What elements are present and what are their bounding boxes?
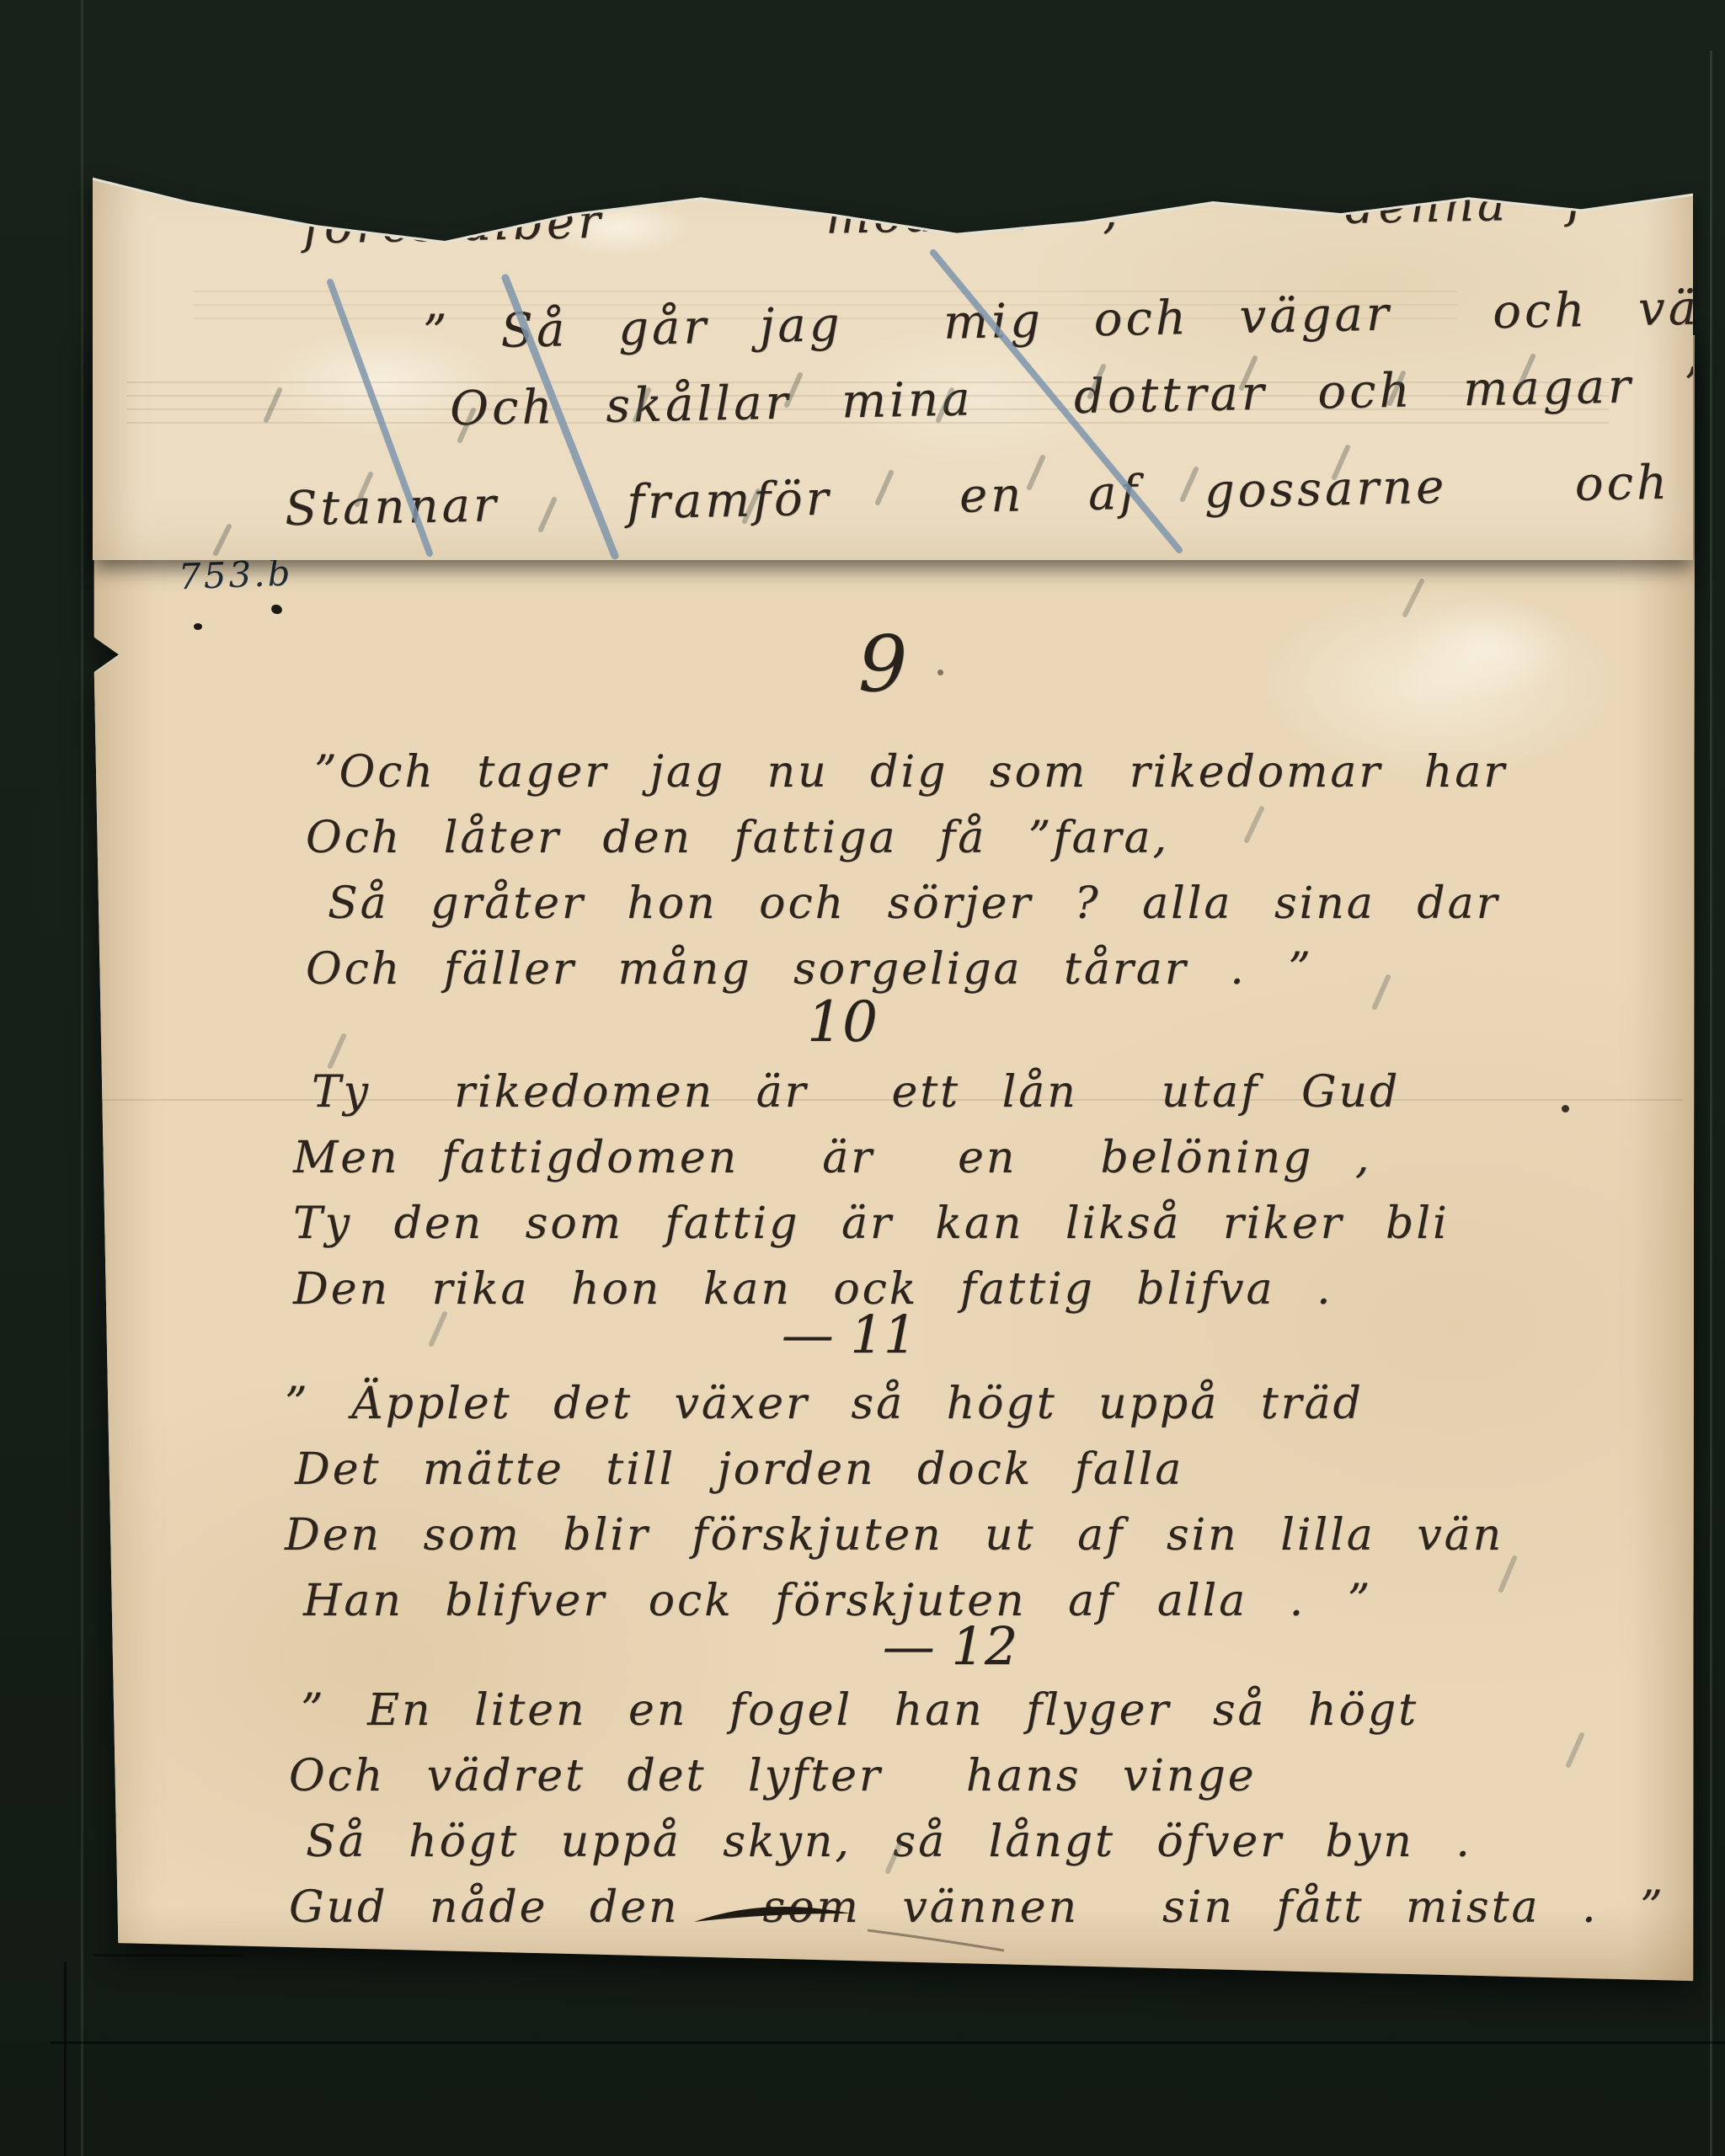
top-fragment: förestälber modren ; denna g ” Så går ja… bbox=[93, 164, 1693, 560]
ink-dot bbox=[270, 603, 284, 616]
manuscript-line: Så högt uppå skyn, så långt öfver byn . bbox=[306, 1809, 1665, 1875]
paper-stain bbox=[1405, 598, 1573, 699]
manuscript-line: Och fäller mång sorgeliga tårar . ” bbox=[306, 937, 1507, 1002]
ink-speck bbox=[937, 670, 943, 675]
archival-scan: 753.b 9 ”Och tager jag nu dig som rikedo… bbox=[0, 0, 1725, 2156]
verse-number-12: — 12 bbox=[883, 1615, 1018, 1677]
top-fragment-paper: förestälber modren ; denna g ” Så går ja… bbox=[93, 164, 1693, 560]
blue-pencil-strokes bbox=[93, 164, 1693, 560]
verse-number-9: 9 bbox=[858, 619, 908, 709]
manuscript-line: Gud nåde den som vännen sin fått mista .… bbox=[289, 1875, 1665, 1940]
ink-dot bbox=[194, 623, 202, 630]
manuscript-line: ” Äpplet det växer så högt uppå träd bbox=[285, 1371, 1503, 1437]
manuscript-line: Det mätte till jorden dock falla bbox=[295, 1437, 1503, 1502]
verse-number-10: 10 bbox=[807, 990, 878, 1054]
mat-board-edge-horizontal bbox=[51, 2041, 1725, 2044]
manuscript-line: ”Och tager jag nu dig som rikedomar har bbox=[314, 739, 1507, 805]
verse-12: ” En liten en fogel han flyger så högt O… bbox=[289, 1678, 1665, 1940]
manuscript-line: Den som blir förskjuten ut af sin lilla … bbox=[285, 1502, 1503, 1568]
manuscript-line: Och låter den fattiga få ”fara, bbox=[306, 805, 1507, 871]
manuscript-line: ” En liten en fogel han flyger så högt bbox=[301, 1678, 1665, 1743]
bleed-through-marks bbox=[216, 356, 1533, 553]
manuscript-line: Så gråter hon och sörjer ? alla sina dar bbox=[328, 871, 1507, 937]
background-seam-left bbox=[81, 0, 83, 2156]
mat-board-edge-vertical bbox=[64, 1962, 67, 2156]
verse-10: Ty rikedomen är ett lån utaf Gud Men fat… bbox=[293, 1059, 1450, 1322]
background-seam-right bbox=[1710, 51, 1712, 2156]
manuscript-line: Men fattigdomen är en belöning , bbox=[293, 1125, 1450, 1191]
verse-9: ”Och tager jag nu dig som rikedomar har … bbox=[306, 739, 1507, 1002]
ink-speck bbox=[1562, 1105, 1569, 1113]
main-page-paper: 753.b 9 ”Och tager jag nu dig som rikedo… bbox=[91, 337, 1695, 1988]
manuscript-line: Ty rikedomen är ett lån utaf Gud bbox=[312, 1059, 1450, 1125]
verse-11: ” Äpplet det växer så högt uppå träd Det… bbox=[285, 1371, 1503, 1634]
manuscript-line: Ty den som fattig är kan likså riker bli bbox=[293, 1191, 1450, 1257]
main-page: 753.b 9 ”Och tager jag nu dig som rikedo… bbox=[91, 337, 1695, 1988]
manuscript-line: Och vädret det lyfter hans vinge bbox=[289, 1743, 1665, 1809]
verse-number-11: — 11 bbox=[782, 1304, 917, 1365]
